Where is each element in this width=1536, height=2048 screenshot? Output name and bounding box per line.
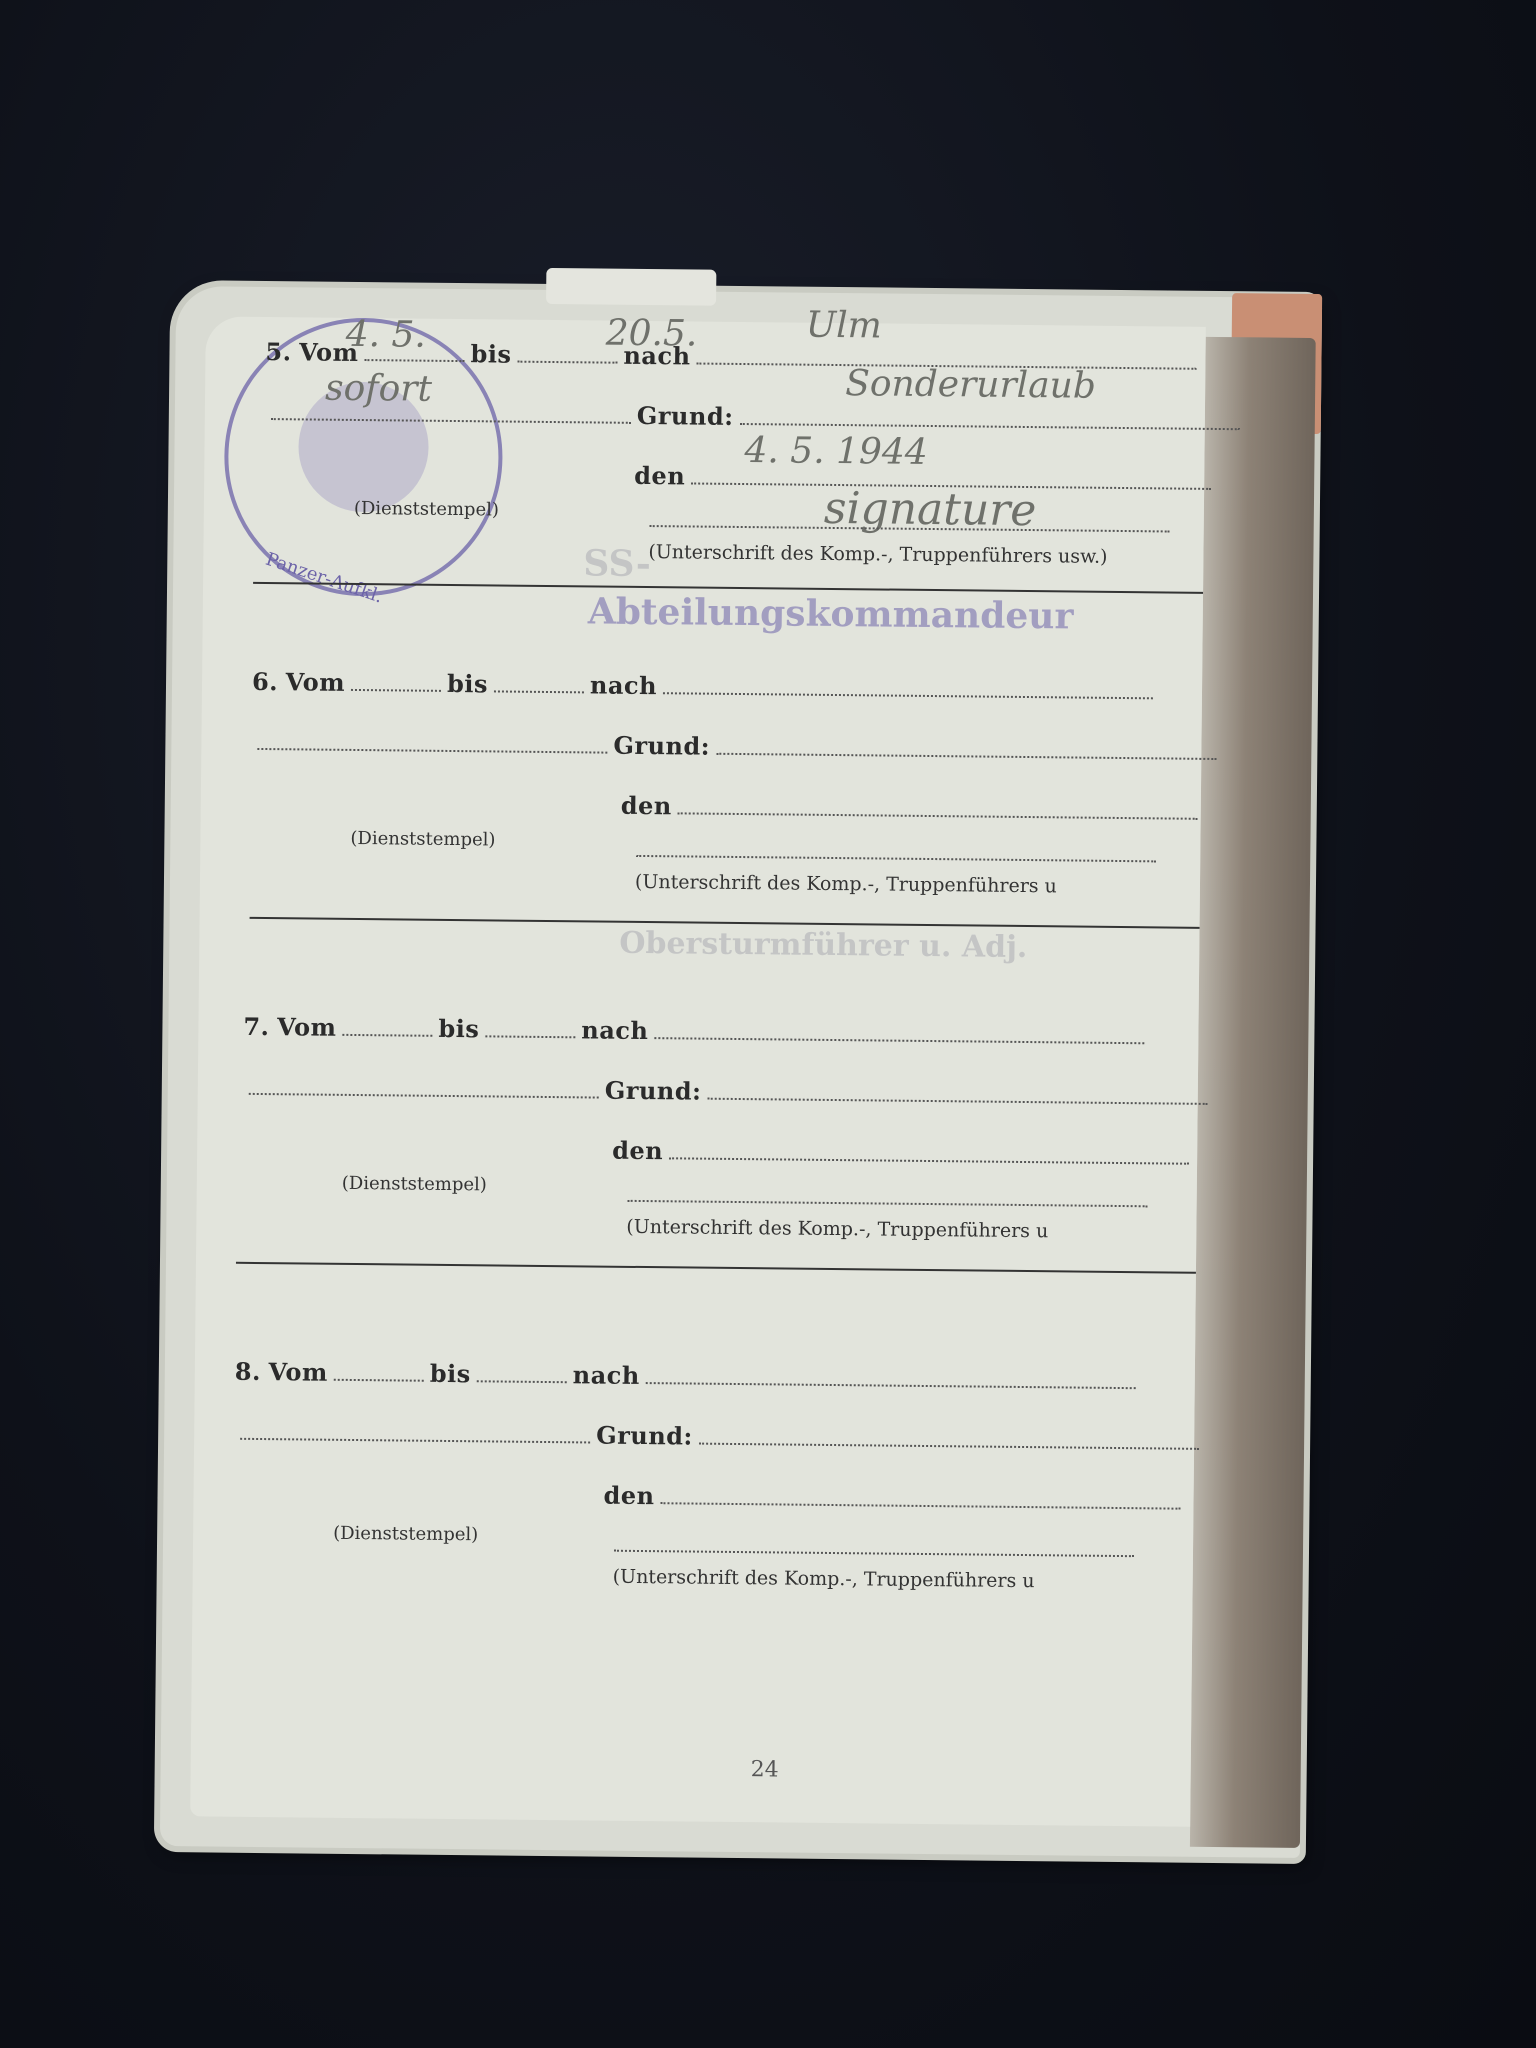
entry-number: 7. [243,1012,269,1041]
paper-tab [546,268,716,306]
handwritten-departure-note: sofort [325,368,432,410]
from-label: Vom [277,1012,337,1042]
entry-8: 8. Vom bis nach Grund: den (Dienststempe… [192,1346,1195,1686]
entry-6: 6. Vom bis nach Grund: den (Dienststempe… [199,656,1202,996]
destination-label: nach [573,1360,640,1390]
reason-label: Grund: [613,731,710,761]
signature-note: (Unterschrift des Komp.-, Truppenführers… [626,1216,1048,1242]
commander-stamp: Abteilungskommandeur [588,590,1074,637]
entry-number: 6. [252,667,278,696]
destination-label: nach [590,670,657,700]
to-label: bis [430,1359,471,1388]
faint-overstamp: Obersturmführer u. Adj. [619,926,1027,965]
date-label: den [612,1136,663,1166]
reason-label: Grund: [596,1421,693,1451]
to-label: bis [447,669,488,698]
page-number: 24 [751,1757,779,1782]
signature-note: (Unterschrift des Komp.-, Truppenführers… [648,541,1107,568]
service-stamp-note: (Dienststempel) [333,1523,478,1546]
reason-label: Grund: [637,401,734,431]
date-label: den [621,791,672,821]
entry-7: 7. Vom bis nach Grund: den (Dienststempe… [195,1001,1198,1341]
faint-unit-stamp: SS- [583,542,651,585]
from-label: Vom [268,1357,328,1387]
service-stamp-note: (Dienststempel) [350,828,495,851]
service-stamp-note: (Dienststempel) [354,498,499,521]
to-label: bis [438,1014,479,1043]
entry-number: 8. [235,1357,261,1386]
from-label: Vom [286,667,346,697]
date-label: den [603,1481,654,1511]
handwritten-from: 4. 5. [345,314,426,356]
entry-number: 5. [265,337,291,366]
form-page: 5. Vom bis nach 4. 5. 20.5. Ulm Grund: s… [190,316,1206,1826]
signature-note: (Unterschrift des Komp.-, Truppenführers… [635,871,1057,897]
pay-book-page: 5. Vom bis nach 4. 5. 20.5. Ulm Grund: s… [160,286,1316,1858]
handwritten-reason: Sonderurlaub [845,363,1096,407]
date-label: den [634,461,685,491]
to-label: bis [470,339,511,368]
reason-label: Grund: [605,1076,702,1106]
handwritten-date: 4. 5. 1944 [744,430,928,473]
service-stamp-note: (Dienststempel) [342,1173,487,1196]
divider [236,1262,1196,1274]
destination-label: nach [581,1015,648,1045]
signature-note: (Unterschrift des Komp.-, Truppenführers… [613,1566,1035,1592]
handwritten-destination: Ulm [806,305,882,347]
handwritten-to: 20.5. [606,313,698,355]
entry-5: 5. Vom bis nach 4. 5. 20.5. Ulm Grund: s… [202,316,1205,656]
